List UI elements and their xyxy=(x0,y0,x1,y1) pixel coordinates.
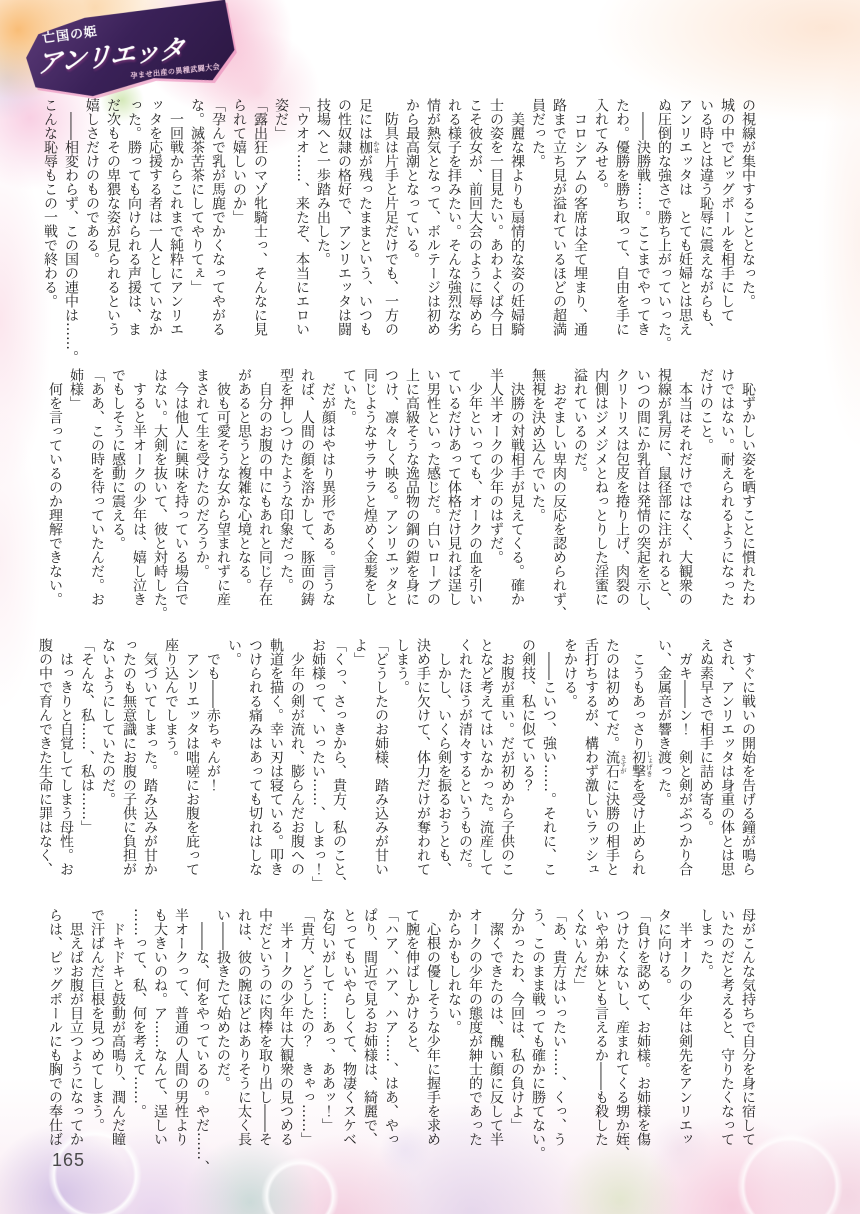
text-column: 決勝の対戦相手が見えてくる。確か xyxy=(506,368,527,634)
text-column: お腹が重い。だが初めから子供のこ xyxy=(496,638,517,904)
text-column: しまう。 xyxy=(391,638,412,904)
text-column: たのは初めてだ。流石さすがに決勝の相手と xyxy=(601,638,627,904)
text-column: 舌打ちするが、構わず激しいラッシュ xyxy=(580,638,601,904)
text-column: があると思うと複雑な心境となる。 xyxy=(233,368,254,634)
text-column: ――な、何をやっているの。やだ……、 xyxy=(191,908,212,1174)
text-column: ているだけあって体格だけ見れば逞し xyxy=(443,368,464,634)
text-column: 何を言っているのか理解できない。 xyxy=(44,368,65,634)
text-column: の視線が集中することとなった。 xyxy=(737,98,758,364)
text-column: クリトリスは包皮を捲り上げ、肉裂の xyxy=(611,368,632,634)
text-column: ぱり、間近で見るお姉様は、綺麗で、 xyxy=(359,908,380,1174)
text-column: こうもあっさり初撃しょげきを受け止められ xyxy=(627,638,653,904)
text-column: 分かったわ、今回は、私の負けよ」 xyxy=(506,908,527,1174)
text-column: 溢れているのだ。 xyxy=(569,368,590,634)
text-column: され、アンリエッタは身重の体とは思 xyxy=(716,638,737,904)
text-column: 半オークの少年は剣先をアンリエッ xyxy=(674,908,695,1174)
text-band-3: すぐに戦いの開始を告げる鐘が鳴らされ、アンリエッタは身重の体とは思えぬ素早さで相… xyxy=(42,638,758,904)
text-column: 「あ、貴方はいったい……、くっ、う xyxy=(548,908,569,1174)
text-column: つけたくないし、産まれてくる甥か姪、 xyxy=(611,908,632,1174)
text-column: ッタを応援する者は一人としていなか xyxy=(144,98,165,364)
text-column: はっきりと自覚してしまう母性。お xyxy=(55,638,76,904)
text-column: アンリエッタは とても妊婦とは思え xyxy=(674,98,695,364)
text-column: らは、ピッグポールにも胸での奉仕ば xyxy=(44,908,65,1174)
text-column: 彼も可愛そうな女から望まれずに産 xyxy=(212,368,233,634)
text-column: つけられる痛みはあっても切れはしな xyxy=(244,638,265,904)
text-column: の性奴隷の格好で、アンリエッタは闘 xyxy=(333,98,354,364)
text-column: 技場へと一歩踏み出した。 xyxy=(312,98,333,364)
text-column: こそ彼女が、前回大会のように辱めら xyxy=(464,98,485,364)
text-column: ないようにしていたのだ。 xyxy=(97,638,118,904)
text-column: から最高潮となっている。 xyxy=(401,98,422,364)
text-column: よ」 xyxy=(349,638,370,904)
text-column: 腹の中で育んできた生命に罪はなく、 xyxy=(34,638,55,904)
text-column: オークの少年の態度が紳士的であった xyxy=(464,908,485,1174)
text-column: で汗ばんだ巨根を見つめてしまう。 xyxy=(86,908,107,1174)
text-column: 士の姿を一目見たい。あわよくば今日 xyxy=(485,98,506,364)
text-column: 姉様」 xyxy=(65,368,86,634)
text-column: れば、人間の顔を溶かして、豚面の鋳 xyxy=(296,368,317,634)
text-column: った。勝っても向けられる声援は、ま xyxy=(123,98,144,364)
text-column: でも――赤ちゃんが！ xyxy=(202,638,223,904)
text-column: ドキドキと鼓動が高鳴り、潤んだ瞳 xyxy=(107,908,128,1174)
text-column: ……って、私、何を考えて……。 xyxy=(128,908,149,1174)
text-column: けではない。耐えられるようになった xyxy=(716,368,737,634)
text-band-4: 母がこんな気持ちで自分を身に宿していたのだと考えると、守りたくなってしまった。 … xyxy=(42,908,758,1174)
text-column: 型を押しつけたような印象だった。 xyxy=(275,368,296,634)
text-column: 内側はジメジメとねっとりした淫蜜に xyxy=(590,368,611,634)
book-page: 亡国の姫 アンリエッタ 孕ませ出産の異種武闘大会 の視線が集中することとなった。… xyxy=(0,0,860,1214)
text-column: 気づいてしまった。踏み込みが甘か xyxy=(139,638,160,904)
text-column: はない。大剣を抜いて、彼と対峙した。 xyxy=(149,368,170,634)
text-column: い男性といった感じだ。白いローブの xyxy=(422,368,443,634)
text-column: つけ、凛々しく映る。アンリエッタと xyxy=(380,368,401,634)
text-column: れる様子を拝みたい。そんな強烈な劣 xyxy=(443,98,464,364)
text-column: えぬ素早さで相手に詰め寄る。 xyxy=(695,638,716,904)
text-column: 「孕んで乳が馬鹿でかくなってやがる xyxy=(207,98,228,364)
text-column: いる時とは違う恥辱に震えながらも、 xyxy=(695,98,716,364)
text-column: 座り込んでしまう。 xyxy=(160,638,181,904)
text-column: ――相変わらず、この国の連中は……。 xyxy=(60,98,81,364)
text-column: ――決勝戦……。ここまでやってき xyxy=(632,98,653,364)
text-column: いや弟か妹とも言えるか――も殺した xyxy=(590,908,611,1174)
text-column: 嬉しさだけのものである。 xyxy=(81,98,102,364)
page-number: 165 xyxy=(52,1150,85,1171)
text-column: まされて生を受けたのだろうか。 xyxy=(191,368,212,634)
text-column: 半人半オークの少年のはずだ。 xyxy=(485,368,506,634)
text-column: い、金属音が響き渡った。 xyxy=(653,638,674,904)
text-column: 「くっ、さっきから、貴方、私のこと、 xyxy=(328,638,349,904)
text-column: 自分のお腹の中にもあれと同じ存在 xyxy=(254,368,275,634)
text-column: 「そんな、私……、私は……」 xyxy=(76,638,97,904)
text-column: 路まで立ち見が溢れているほどの超満 xyxy=(548,98,569,364)
text-column: られて嬉しいのか」 xyxy=(228,98,249,364)
text-column: 視線が乳房に、鼠径部に注がれると、 xyxy=(653,368,674,634)
text-column: 今は他人に興味を持っている場合で xyxy=(170,368,191,634)
text-band-2: 恥ずかしい姿を晒すことに慣れたわけではない。耐えられるようになっただけのこと。 … xyxy=(42,368,758,634)
text-column: 心根の優しそうな少年に握手を求め xyxy=(422,908,443,1174)
text-column: アンリエッタは咄嗟にお腹を庇って xyxy=(181,638,202,904)
text-column: となど考えてはいなかった。流産して xyxy=(475,638,496,904)
text-column: 「ああ、この時を待っていたんだ。お xyxy=(86,368,107,634)
text-column: 恥ずかしい姿を晒すことに慣れたわ xyxy=(737,368,758,634)
text-column: い。 xyxy=(223,638,244,904)
text-column: 美麗な裸よりも扇情的な姿の妊婦騎 xyxy=(506,98,527,364)
text-column: お姉様って、いったい……、しまっ！」 xyxy=(307,638,328,904)
text-column: 足には枷かせが残ったままという、いつも xyxy=(354,98,380,364)
text-column: の剣技、私に似ている？ xyxy=(517,638,538,904)
text-column: 上に高級そうな逸品物の鋼の鎧を身に xyxy=(401,368,422,634)
text-column: 中だというのに肉棒を取り出し――そ xyxy=(254,908,275,1174)
text-column: だ次もその卑猥な姿が見られるという xyxy=(102,98,123,364)
text-column: からかもしれない。 xyxy=(443,908,464,1174)
text-column: 防具は片手と片足だけでも、一方の xyxy=(380,98,401,364)
text-column: 少年の剣が流れ、膨らんだお腹への xyxy=(286,638,307,904)
text-column: 潔くできたのは、醜い顔に反して半 xyxy=(485,908,506,1174)
text-column: 少年といっても、オークの血を引い xyxy=(464,368,485,634)
text-column: 母がこんな気持ちで自分を身に宿して xyxy=(737,908,758,1174)
text-column: しかし、いくら剣を振るおうとも、 xyxy=(433,638,454,904)
text-column: ぬ圧倒的な強さで勝ち上がっていった。 xyxy=(653,98,674,364)
text-column: ガキ――ン！ 剣と剣がぶつかり合 xyxy=(674,638,695,904)
text-band-1: の視線が集中することとなった。城の中でビッグポールを相手にしている時とは違う恥辱… xyxy=(42,98,758,364)
text-column: 「貴方、どうしたの？ きゃっ……」 xyxy=(296,908,317,1174)
text-column: ったのも無意識にお腹の子供に負担が xyxy=(118,638,139,904)
text-column: 員だった。 xyxy=(527,98,548,364)
text-column: ていた。 xyxy=(338,368,359,634)
text-column: 情が熱気となって、ボルテージは初め xyxy=(422,98,443,364)
text-column: 思えばお腹が目立つようになってか xyxy=(65,908,86,1174)
text-column: しまった。 xyxy=(695,908,716,1174)
text-column: も大きいのね。ア……なんて、逞しい xyxy=(149,908,170,1174)
text-column: くないんだ」 xyxy=(569,908,590,1174)
logo-plate: 亡国の姫 アンリエッタ 孕ませ出産の異種武闘大会 xyxy=(22,0,237,103)
text-column: 「どうしたのお姉様、踏み込みが甘い xyxy=(370,638,391,904)
text-column: すぐに戦いの開始を告げる鐘が鳴ら xyxy=(737,638,758,904)
series-logo: 亡国の姫 アンリエッタ 孕ませ出産の異種武闘大会 xyxy=(22,0,237,103)
text-column: をかける。 xyxy=(559,638,580,904)
text-column: な。滅茶苦茶にしてやりてぇ」 xyxy=(186,98,207,364)
text-column: たわ。優勝を勝ち取って、自由を手に xyxy=(611,98,632,364)
text-column: 一回戦からこれまで純粋にアンリエ xyxy=(165,98,186,364)
text-column: れは、彼の腕ほどはありそうに太く長 xyxy=(233,908,254,1174)
text-column: とってもいやらしくて、物凄くスケベ xyxy=(338,908,359,1174)
text-column: いつの間にか乳首は発情の突起を示し、 xyxy=(632,368,653,634)
text-column: 入れてみせる。 xyxy=(590,98,611,364)
text-column: 「負けを認めて、お姉様。お姉様を傷 xyxy=(632,908,653,1174)
text-column: こんな恥辱もこの一戦で終わる。 xyxy=(39,98,60,364)
text-column: 「ハア、ハア、ハア……、はあ、やっ xyxy=(380,908,401,1174)
text-column: 半オークの少年は大観衆の見つめる xyxy=(275,908,296,1174)
text-column: な匂いがして……あっ、ああッ！」 xyxy=(317,908,338,1174)
text-column: くれたほうが清々するというものだ。 xyxy=(454,638,475,904)
text-column: だが顔はやはり異形である。言うな xyxy=(317,368,338,634)
text-column: おぞましい卑肉の反応を認められず、 xyxy=(548,368,569,634)
text-column: すると半オークの少年は、嬉し泣き xyxy=(128,368,149,634)
text-column: 無視を決め込んでいた。 xyxy=(527,368,548,634)
text-column: ――こいつ、強い……。それに、こ xyxy=(538,638,559,904)
text-column: 半オークって、普通の人間の男性より xyxy=(170,908,191,1174)
text-column: タに向ける。 xyxy=(653,908,674,1174)
text-column: だけのこと。 xyxy=(695,368,716,634)
text-column: コロシアムの客席は全て埋まり、通 xyxy=(569,98,590,364)
text-column: でもしそうに感動に震える。 xyxy=(107,368,128,634)
text-column: 同じようなサラサラと煌めく金髪をし xyxy=(359,368,380,634)
text-column: い――扱きたて始めたのだ。 xyxy=(212,908,233,1174)
text-column: 城の中でビッグポールを相手にして xyxy=(716,98,737,364)
text-column: う、このまま戦っても確かに勝てない。 xyxy=(527,908,548,1174)
text-column: 決め手に欠けて、体力だけが奪われて xyxy=(412,638,433,904)
text-column: 「露出狂のマゾ牝騎士っ、そんなに見 xyxy=(249,98,270,364)
text-column: 「ウオオ……、来たぞ、本当にエロい xyxy=(291,98,312,364)
text-column: 本当はそれだけではなく、大観衆の xyxy=(674,368,695,634)
text-column: 軌道を描く。幸い刃は寝ている。叩き xyxy=(265,638,286,904)
text-column: いたのだと考えると、守りたくなって xyxy=(716,908,737,1174)
text-column: て腕を伸ばしかけると、 xyxy=(401,908,422,1174)
text-column: 姿だ」 xyxy=(270,98,291,364)
